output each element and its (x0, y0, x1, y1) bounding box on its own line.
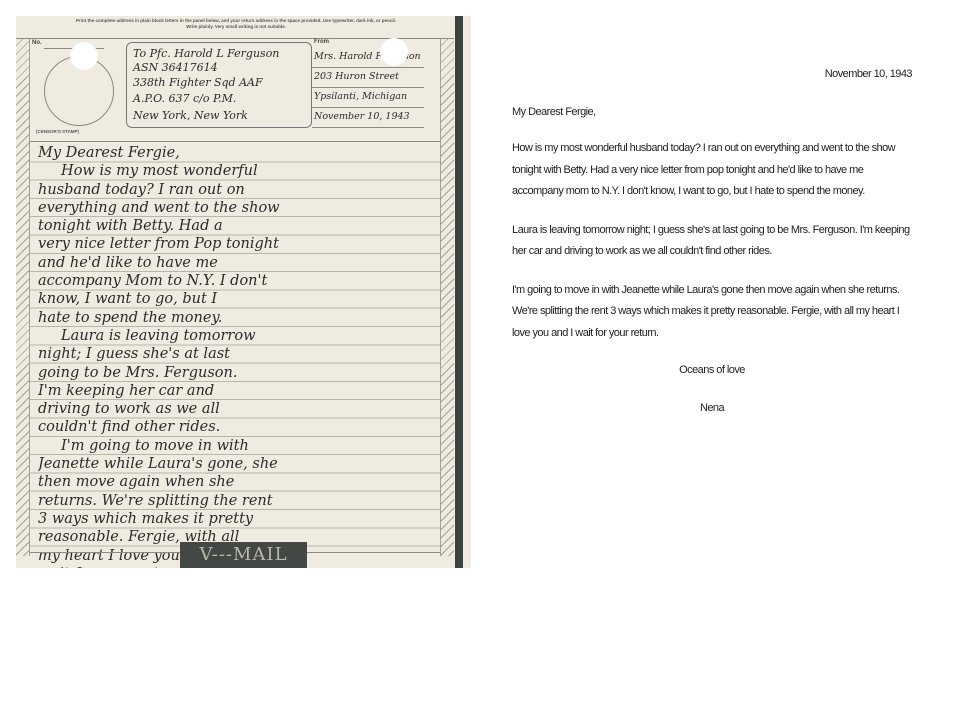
letter-paragraph: How is my most wonderful husband today? … (512, 138, 912, 203)
handwritten-line: couldn't find other rides. (38, 418, 443, 436)
letter-date: November 10, 1943 (512, 64, 912, 86)
border-hatching-left (16, 38, 30, 556)
vmail-stamp: V---MAIL (180, 542, 307, 568)
divider (30, 141, 441, 142)
handwritten-line: tonight with Betty. Had a (38, 217, 443, 235)
handwritten-line: then move again when she (38, 473, 443, 491)
letter-salutation: My Dearest Fergie, (512, 102, 912, 124)
handwritten-line: everything and went to the show (38, 199, 443, 217)
handwritten-line: know, I want to go, but I (38, 290, 443, 308)
punch-hole (70, 42, 98, 70)
to-address-line: To Pfc. Harold L Ferguson (133, 47, 279, 61)
to-address-line: New York, New York (133, 109, 248, 123)
letter-closing: Oceans of love (512, 360, 912, 382)
handwritten-line: husband today? I ran out on (38, 181, 443, 199)
form-instructions: Print the complete address in plain bloc… (76, 18, 396, 30)
handwritten-line: very nice letter from Pop tonight (38, 235, 443, 253)
handwritten-line: How is my most wonderful (38, 162, 443, 180)
to-address-line: ASN 36417614 (133, 61, 218, 75)
handwritten-line: accompany Mom to N.Y. I don't (38, 272, 443, 290)
handwritten-line: Laura is leaving tomorrow (38, 327, 443, 345)
to-address-line: A.P.O. 637 c/o P.M. (133, 92, 236, 106)
handwritten-line: returns. We're splitting the rent (38, 492, 443, 510)
letter-paragraph: I'm going to move in with Jeanette while… (512, 280, 912, 345)
handwritten-line: 3 ways which makes it pretty (38, 510, 443, 528)
recipient-address-box: To Pfc. Harold L Ferguson ASN 36417614 3… (126, 42, 312, 128)
handwritten-line: and he'd like to have me (38, 254, 443, 272)
punch-hole (380, 38, 408, 66)
handwritten-line: I'm going to move in with (38, 437, 443, 455)
to-address-line: 338th Fighter Sqd AAF (133, 76, 263, 90)
handwritten-line: My Dearest Fergie, (38, 144, 443, 162)
handwritten-line: hate to spend the money. (38, 309, 443, 327)
handwritten-line: driving to work as we all (38, 400, 443, 418)
letter-signature: Nena (512, 398, 912, 420)
handwritten-body: My Dearest Fergie, How is my most wonder… (38, 144, 443, 568)
handwritten-line: night; I guess she's at last (38, 345, 443, 363)
handwritten-line: going to be Mrs. Ferguson. (38, 364, 443, 382)
censor-stamp-label: (CENSOR'S STAMP) (36, 129, 79, 134)
letter-transcription: November 10, 1943 My Dearest Fergie, How… (512, 64, 912, 419)
from-address-line: 203 Huron Street (314, 70, 399, 84)
letter-paragraph: Laura is leaving tomorrow night; I guess… (512, 220, 912, 263)
from-address-line: November 10, 1943 (314, 110, 410, 124)
scan-dark-edge (455, 16, 463, 568)
from-address-line: Ypsilanti, Michigan (314, 90, 407, 104)
from-label: From (314, 39, 329, 45)
number-label: No. (32, 40, 42, 46)
handwritten-line: I'm keeping her car and (38, 382, 443, 400)
handwritten-line: Jeanette while Laura's gone, she (38, 455, 443, 473)
scanned-vmail-letter: Print the complete address in plain bloc… (16, 16, 471, 568)
